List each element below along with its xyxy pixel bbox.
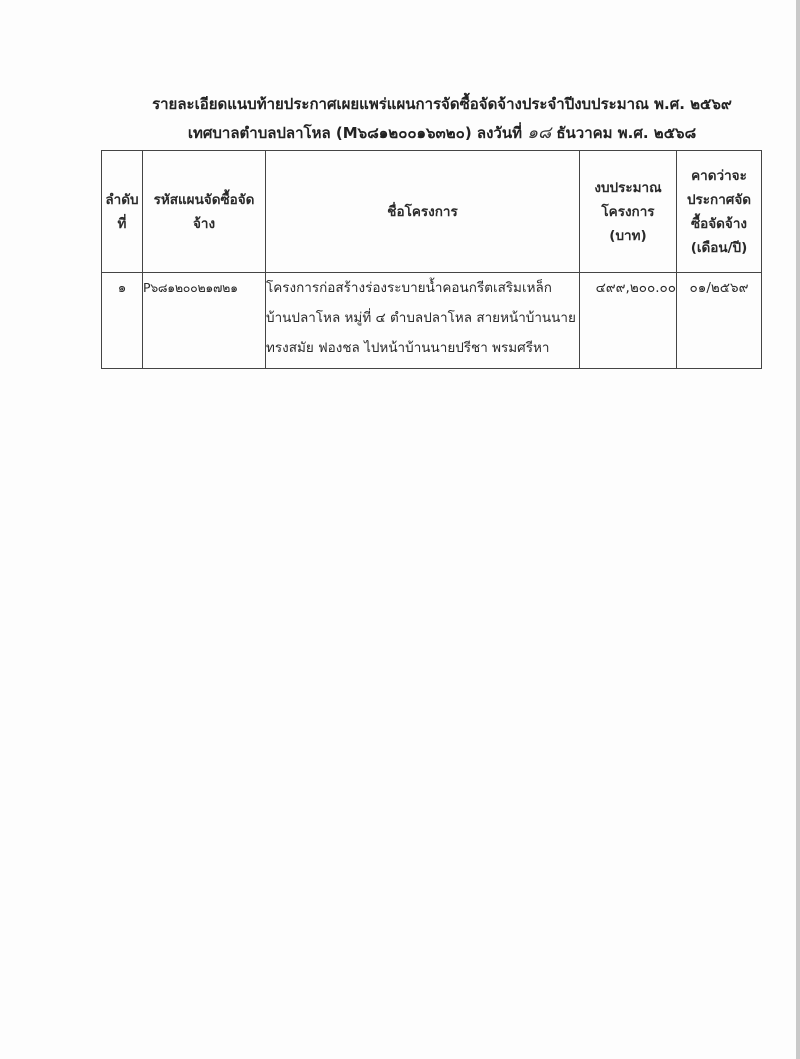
- header-project-name: ชื่อโครงการ: [266, 151, 580, 273]
- cell-expected-date: ๐๑/๒๕๖๙: [677, 273, 762, 369]
- cell-budget: ๔๙๙,๒๐๐.๐๐: [580, 273, 677, 369]
- table-row: ๑ P๖๘๑๒๐๐๒๑๗๒๑ โครงการก่อสร้างร่องระบายน…: [102, 273, 762, 369]
- cell-project-name: โครงการก่อสร้างร่องระบายน้ำคอนกรีตเสริมเ…: [266, 273, 580, 369]
- header-seq: ลำดับ ที่: [102, 151, 143, 273]
- cell-plan-code: P๖๘๑๒๐๐๒๑๗๒๑: [143, 273, 266, 369]
- subtitle-suffix: ธันวาคม พ.ศ. ๒๕๖๘: [556, 124, 696, 142]
- document-title: รายละเอียดแนบท้ายประกาศเผยแพร่แผนการจัดซ…: [42, 92, 800, 116]
- table-header-row: ลำดับ ที่ รหัสแผนจัดซื้อจัด จ้าง ชื่อโคร…: [102, 151, 762, 273]
- subtitle-prefix: เทศบาลตำบลปลาโหล (M๖๘๑๒๐๐๑๖๓๒๐) ลงวันที่: [188, 124, 522, 142]
- cell-seq: ๑: [102, 273, 143, 369]
- title-line-1: รายละเอียดแนบท้ายประกาศเผยแพร่แผนการจัดซ…: [152, 95, 732, 113]
- header-expected-date: คาดว่าจะ ประกาศจัด ซื้อจัดจ้าง (เดือน/ปี…: [677, 151, 762, 273]
- header-budget: งบประมาณ โครงการ (บาท): [580, 151, 677, 273]
- document-subtitle: เทศบาลตำบลปลาโหล (M๖๘๑๒๐๐๑๖๓๒๐) ลงวันที่…: [42, 119, 800, 146]
- header-plan-code: รหัสแผนจัดซื้อจัด จ้าง: [143, 151, 266, 273]
- procurement-plan-table: ลำดับ ที่ รหัสแผนจัดซื้อจัด จ้าง ชื่อโคร…: [101, 150, 762, 369]
- handwritten-day: ๑๘: [527, 123, 551, 143]
- page-edge-shadow: [796, 0, 800, 1059]
